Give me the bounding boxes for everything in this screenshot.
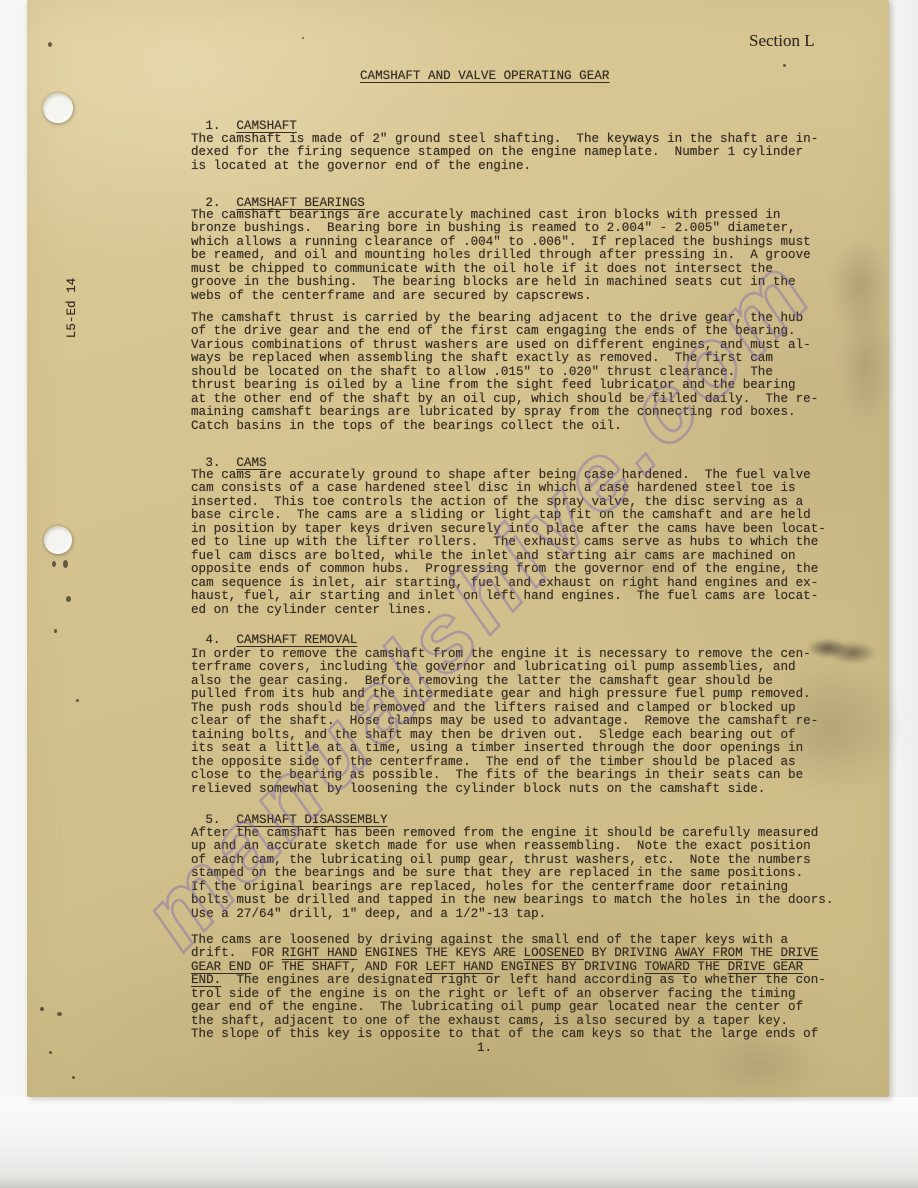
text-line: in position by taper keys driven securel… — [191, 523, 851, 536]
text-line: webs of the centerframe and are secured … — [191, 290, 851, 303]
paper-speck — [783, 64, 786, 67]
text-line: In order to remove the camshaft from the… — [191, 648, 851, 661]
paper-speck — [66, 596, 71, 602]
text-line: close to the bearing as possible. The fi… — [191, 769, 851, 782]
text-line: END. The engines are designated right or… — [191, 974, 851, 987]
text-line: must be chipped to communicate with the … — [191, 263, 851, 276]
text-line: groove in the bushing. The bearing block… — [191, 276, 851, 289]
text-line: of each cam, the lubricating oil pump ge… — [191, 854, 851, 867]
text-line: ways be replaced when assembling the sha… — [191, 352, 851, 365]
section-number: 4. — [205, 634, 236, 647]
text-line: The push rods should be removed and the … — [191, 702, 851, 715]
text-line: trol side of the engine is on the right … — [191, 988, 851, 1001]
text-line: pulled from its hub and the intermediate… — [191, 688, 851, 701]
text-line: up and an accurate sketch made for use w… — [191, 840, 851, 853]
text-line: cam sequence is inlet, air starting, fue… — [191, 577, 851, 590]
text-line: The camshaft thrust is carried by the be… — [191, 312, 851, 325]
edition-code: L5-Ed 14 — [66, 268, 80, 348]
text-line: Catch basins in the tops of the bearings… — [191, 420, 851, 433]
text-line: The cams are loosened by driving against… — [191, 934, 851, 947]
text-line: Various combinations of thrust washers a… — [191, 339, 851, 352]
paragraph: The cams are accurately ground to shape … — [191, 469, 851, 617]
text-line: ed to line up with the lifter rollers. T… — [191, 536, 851, 549]
text-line: bronze bushings. Bearing bore in bushing… — [191, 222, 851, 235]
page-title: CAMSHAFT AND VALVE OPERATING GEAR — [360, 70, 609, 83]
paragraph: The cams are loosened by driving against… — [191, 934, 851, 1042]
paper-speck — [302, 37, 304, 39]
text-line: taining bolts, and the shaft may then be… — [191, 729, 851, 742]
paper-speck — [48, 42, 52, 47]
text-line: If the original bearings are replaced, h… — [191, 881, 851, 894]
text-line: The camshaft bearings are accurately mac… — [191, 209, 851, 222]
text-line: base circle. The cams are a sliding or l… — [191, 509, 851, 522]
text-line: The cams are accurately ground to shape … — [191, 469, 851, 482]
scan-margin-left — [0, 0, 27, 1097]
text-line: cam consists of a case hardened steel di… — [191, 482, 851, 495]
text-line: haust, fuel, air starting and inlet on l… — [191, 590, 851, 603]
text-line: relieved somewhat by loosening the cylin… — [191, 783, 851, 796]
paper-speck — [72, 1076, 75, 1079]
page-number: 1. — [477, 1042, 492, 1055]
section-heading-text: CAMSHAFT REMOVAL — [236, 633, 357, 647]
text-line: The camshaft is made of 2" ground steel … — [191, 133, 851, 146]
scan-margin-bottom — [0, 1097, 918, 1188]
manual-page: Section L CAMSHAFT AND VALVE OPERATING G… — [27, 0, 889, 1097]
text-line: fuel cam discs are bolted, while the inl… — [191, 550, 851, 563]
text-line: its seat a little at a time, using a tim… — [191, 742, 851, 755]
punch-hole-middle — [44, 526, 72, 554]
text-line: opposite ends of common hubs. Progressin… — [191, 563, 851, 576]
paper-speck — [54, 629, 57, 633]
scanned-page-canvas: Section L CAMSHAFT AND VALVE OPERATING G… — [0, 0, 918, 1188]
paper-speck — [63, 560, 68, 568]
text-line: bolts must be drilled and tapped in the … — [191, 894, 851, 907]
text-line: should be located on the shaft to allow … — [191, 366, 851, 379]
text-line: ed on the cylinder center lines. — [191, 604, 851, 617]
text-line: clear of the shaft. Hose clamps may be u… — [191, 715, 851, 728]
text-line: gear end of the engine. The lubricating … — [191, 1001, 851, 1014]
text-line: thrust bearing is oiled by a line from t… — [191, 379, 851, 392]
text-line: at the other end of the shaft by an oil … — [191, 393, 851, 406]
paragraph: The camshaft is made of 2" ground steel … — [191, 133, 851, 173]
text-line: maining camshaft bearings are lubricated… — [191, 406, 851, 419]
text-line: After the camshaft has been removed from… — [191, 827, 851, 840]
text-line: terframe covers, including the governor … — [191, 661, 851, 674]
paper-speck — [40, 1007, 44, 1011]
text-line: is located at the governor end of the en… — [191, 160, 851, 173]
section-label: Section L — [749, 31, 815, 51]
punch-hole-top — [43, 93, 73, 123]
text-line: the opposite side of the centerframe. Th… — [191, 756, 851, 769]
text-line: also the gear casing. Before removing th… — [191, 675, 851, 688]
text-line: GEAR END OF THE SHAFT, AND FOR LEFT HAND… — [191, 961, 851, 974]
paper-speck — [52, 561, 56, 567]
text-line: dexed for the firing sequence stamped on… — [191, 146, 851, 159]
text-line: which allows a running clearance of .004… — [191, 236, 851, 249]
paper-speck — [76, 699, 79, 702]
text-line: stamped on the bearings and be sure that… — [191, 867, 851, 880]
paragraph: The camshaft thrust is carried by the be… — [191, 312, 851, 433]
scan-margin-right — [889, 0, 918, 1097]
text-line: The slope of this key is opposite to tha… — [191, 1028, 851, 1041]
text-line: Use a 27/64" drill, 1" deep, and a 1/2"-… — [191, 908, 851, 921]
paper-speck — [49, 1051, 52, 1054]
text-line: be reamed, and oil and mounting holes dr… — [191, 249, 851, 262]
paragraph: In order to remove the camshaft from the… — [191, 648, 851, 796]
text-line: of the drive gear and the end of the fir… — [191, 325, 851, 338]
paragraph: After the camshaft has been removed from… — [191, 827, 851, 921]
text-line: drift. FOR RIGHT HAND ENGINES THE KEYS A… — [191, 947, 851, 960]
text-line: inserted. This toe controls the action o… — [191, 496, 851, 509]
text-line: the shaft, adjacent to one of the exhaus… — [191, 1015, 851, 1028]
paper-speck — [57, 1012, 62, 1016]
paragraph: The camshaft bearings are accurately mac… — [191, 209, 851, 303]
